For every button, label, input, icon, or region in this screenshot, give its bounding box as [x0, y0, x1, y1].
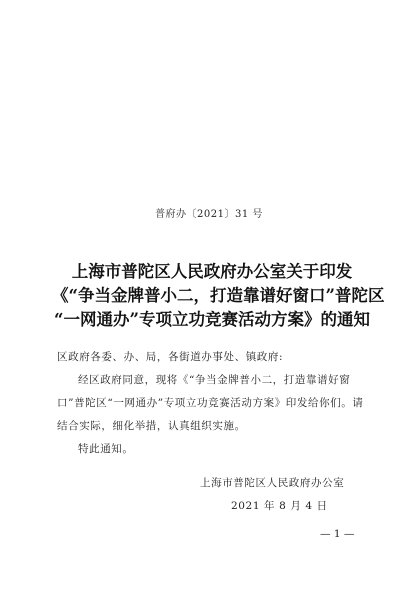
body-paragraph: 经区政府同意，现将《“争当金牌普小二，打造靠谱好窗口”普陀区“一网通办”专项立功…: [57, 369, 369, 438]
document-title: 上海市普陀区人民政府办公室关于印发 《“争当金牌普小二，打造靠谱好窗口”普陀区 …: [52, 260, 372, 332]
issue-date: 2021 年 8 月 4 日: [200, 495, 400, 518]
title-line-1: 上海市普陀区人民政府办公室关于印发: [52, 260, 372, 284]
document-page: 普府办〔2021〕31 号 上海市普陀区人民政府办公室关于印发 《“争当金牌普小…: [0, 0, 418, 591]
document-body: 区政府各委、办、局，各街道办事处、镇政府: 经区政府同意，现将《“争当金牌普小二…: [57, 346, 369, 461]
document-number: 普府办〔2021〕31 号: [0, 205, 418, 220]
recipients-line: 区政府各委、办、局，各街道办事处、镇政府:: [57, 346, 369, 369]
title-line-3: “一网通办”专项立功竞赛活动方案》的通知: [52, 308, 372, 332]
title-line-2: 《“争当金牌普小二，打造靠谱好窗口”普陀区: [52, 284, 372, 308]
closing-paragraph: 特此通知。: [57, 438, 369, 461]
signature-block: 上海市普陀区人民政府办公室 2021 年 8 月 4 日: [200, 472, 400, 518]
issuing-organization: 上海市普陀区人民政府办公室: [200, 472, 400, 495]
page-number: — 1 —: [320, 528, 354, 540]
